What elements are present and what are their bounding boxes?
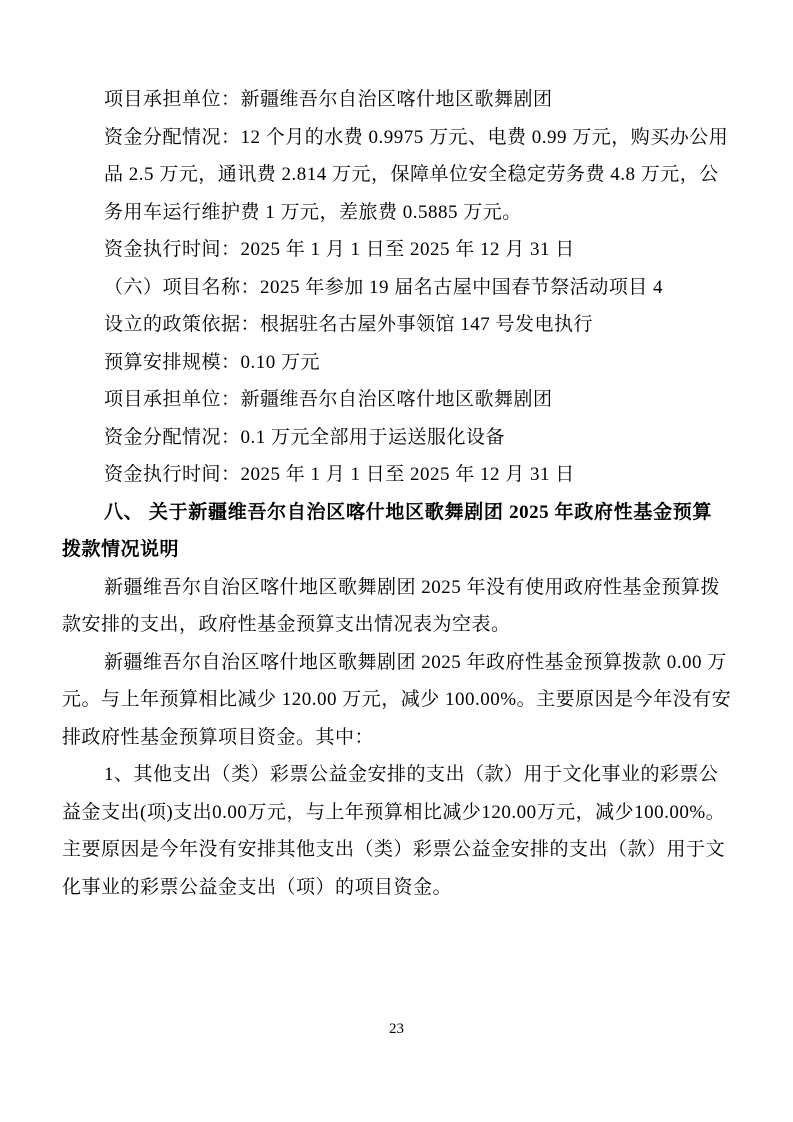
page-number: 23 (0, 1019, 793, 1039)
paragraph-line: 元。与上年预算相比减少 120.00 万元，减少 100.00%。主要原因是今年… (62, 681, 712, 719)
budget-item-line: 务用车运行维护费 1 万元，差旅费 0.5885 万元。 (62, 194, 712, 232)
paragraph-line: 新疆维吾尔自治区喀什地区歌舞剧团 2025 年没有使用政府性基金预算拨 (62, 569, 712, 607)
budget-item-line: 预算安排规模：0.10 万元 (62, 344, 712, 382)
paragraph-line: 益金支出(项)支出0.00万元，与上年预算相比减少120.00万元，减少100.… (62, 794, 712, 832)
budget-item-line: 资金分配情况：12 个月的水费 0.9975 万元、电费 0.99 万元，购买办… (62, 119, 712, 157)
budget-item-line: 资金执行时间：2025 年 1 月 1 日至 2025 年 12 月 31 日 (62, 456, 712, 494)
budget-item-line: 设立的政策依据：根据驻名古屋外事领馆 147 号发电执行 (62, 306, 712, 344)
paragraph-line: 主要原因是今年没有安排其他支出（类）彩票公益金安排的支出（款）用于文 (62, 831, 712, 869)
paragraph-line: 款安排的支出，政府性基金预算支出情况表为空表。 (62, 606, 712, 644)
budget-item-line: 项目承担单位：新疆维吾尔自治区喀什地区歌舞剧团 (62, 81, 712, 119)
budget-item-line: 资金分配情况：0.1 万元全部用于运送服化设备 (62, 419, 712, 457)
budget-item-line: 项目承担单位：新疆维吾尔自治区喀什地区歌舞剧团 (62, 381, 712, 419)
document-page: 项目承担单位：新疆维吾尔自治区喀什地区歌舞剧团 资金分配情况：12 个月的水费 … (0, 0, 793, 1122)
document-body: 项目承担单位：新疆维吾尔自治区喀什地区歌舞剧团 资金分配情况：12 个月的水费 … (62, 81, 712, 906)
paragraph-line: 化事业的彩票公益金支出（项）的项目资金。 (62, 869, 712, 907)
paragraph-line: 排政府性基金预算项目资金。其中： (62, 719, 712, 757)
paragraph-line: 新疆维吾尔自治区喀什地区歌舞剧团 2025 年政府性基金预算拨款 0.00 万 (62, 644, 712, 682)
budget-item-line: 品 2.5 万元，通讯费 2.814 万元，保障单位安全稳定劳务费 4.8 万元… (62, 156, 712, 194)
section-heading-line-1: 八、 关于新疆维吾尔自治区喀什地区歌舞剧团 2025 年政府性基金预算 (62, 494, 712, 532)
section-heading-line-2: 拨款情况说明 (62, 531, 712, 569)
budget-item-line: 资金执行时间：2025 年 1 月 1 日至 2025 年 12 月 31 日 (62, 231, 712, 269)
paragraph-line: 1、其他支出（类）彩票公益金安排的支出（款）用于文化事业的彩票公 (62, 756, 712, 794)
budget-item-line: （六）项目名称：2025 年参加 19 届名古屋中国春节祭活动项目 4 (62, 269, 712, 307)
